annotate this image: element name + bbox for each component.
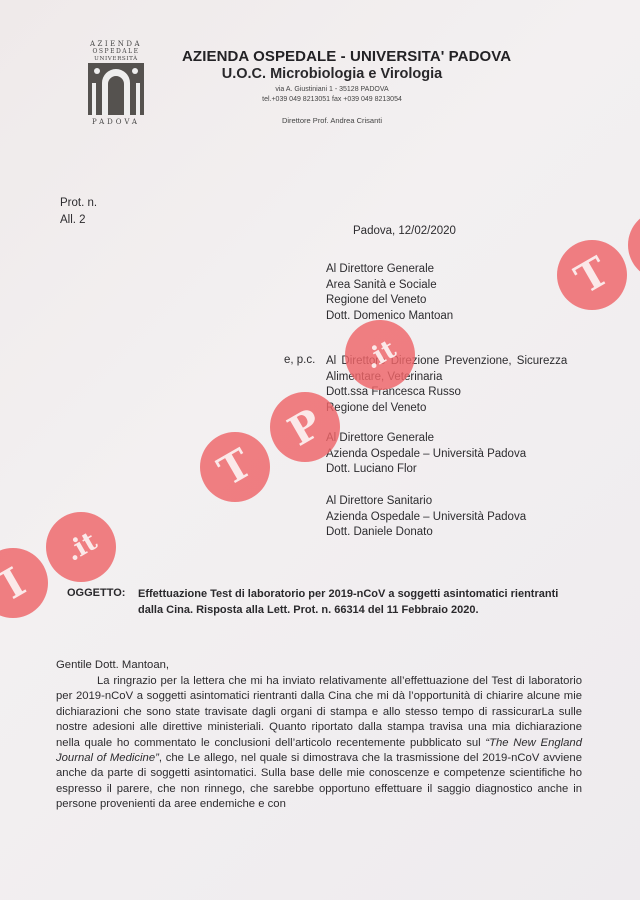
watermark-stamp: .it bbox=[46, 512, 116, 582]
recipient-line: Area Sanità e Sociale bbox=[326, 278, 453, 294]
svg-text:OSPEDALE: OSPEDALE bbox=[93, 48, 140, 55]
letter-body: La ringrazio per la lettera che mi ha in… bbox=[56, 674, 582, 813]
watermark-stamp: .it bbox=[345, 320, 415, 390]
watermark-stamp-partial bbox=[628, 210, 640, 280]
subject-label: OGGETTO: bbox=[67, 587, 125, 599]
subject-line: dalla Cina. Risposta alla Lett. Prot. n.… bbox=[138, 603, 558, 619]
protocol-block: Prot. n. All. 2 bbox=[60, 195, 97, 229]
recipient-line: Dott. Luciano Flor bbox=[326, 462, 526, 478]
phone-fax: tel.+039 049 8213051 fax +039 049 821305… bbox=[182, 96, 482, 103]
recipient-line: Al Direttore Generale bbox=[326, 262, 453, 278]
subject-text: Effettuazione Test di laboratorio per 20… bbox=[138, 587, 558, 618]
salutation: Gentile Dott. Mantoan, bbox=[56, 659, 169, 671]
address: via A. Giustiniani 1 - 35128 PADOVA bbox=[182, 86, 482, 93]
svg-text:UNIVERSITÀ: UNIVERSITÀ bbox=[94, 55, 138, 62]
hospital-logo: AZIENDA OSPEDALE UNIVERSITÀ PADOVA bbox=[84, 38, 148, 126]
attachments-count: All. 2 bbox=[60, 212, 97, 229]
recipient-4: Al Direttore Sanitario Azienda Ospedale … bbox=[326, 494, 526, 541]
recipient-line: Al Direttore Generale bbox=[326, 431, 526, 447]
cc-prefix: e, p.c. bbox=[284, 354, 315, 366]
subject-line: Effettuazione Test di laboratorio per 20… bbox=[138, 587, 558, 603]
watermark-stamp: T bbox=[557, 240, 627, 310]
letter-page: AZIENDA OSPEDALE UNIVERSITÀ PADOVA AZIEN… bbox=[0, 0, 640, 900]
recipient-line: Regione del Veneto bbox=[326, 401, 567, 417]
recipient-1: Al Direttore Generale Area Sanità e Soci… bbox=[326, 262, 453, 324]
watermark-stamp: I bbox=[0, 548, 48, 618]
recipient-3: Al Direttore Generale Azienda Ospedale –… bbox=[326, 431, 526, 478]
organization-name: AZIENDA OSPEDALE - UNIVERSITA' PADOVA bbox=[182, 48, 482, 65]
recipient-line: Azienda Ospedale – Università Padova bbox=[326, 510, 526, 526]
recipient-line: Regione del Veneto bbox=[326, 293, 453, 309]
svg-text:AZIENDA: AZIENDA bbox=[89, 40, 142, 48]
director: Direttore Prof. Andrea Crisanti bbox=[182, 116, 482, 125]
recipient-line: Dott. Daniele Donato bbox=[326, 525, 526, 541]
letter-date: Padova, 12/02/2020 bbox=[353, 225, 456, 237]
watermark-stamp: P bbox=[270, 392, 340, 462]
svg-text:PADOVA: PADOVA bbox=[92, 118, 140, 126]
arch-emblem-icon: AZIENDA OSPEDALE UNIVERSITÀ PADOVA bbox=[84, 38, 148, 126]
protocol-number: Prot. n. bbox=[60, 195, 97, 212]
watermark-stamp: T bbox=[200, 432, 270, 502]
recipient-line: Azienda Ospedale – Università Padova bbox=[326, 447, 526, 463]
recipient-line: Al Direttore Sanitario bbox=[326, 494, 526, 510]
recipient-line: Dott.ssa Francesca Russo bbox=[326, 385, 567, 401]
department-name: U.O.C. Microbiologia e Virologia bbox=[182, 66, 482, 82]
